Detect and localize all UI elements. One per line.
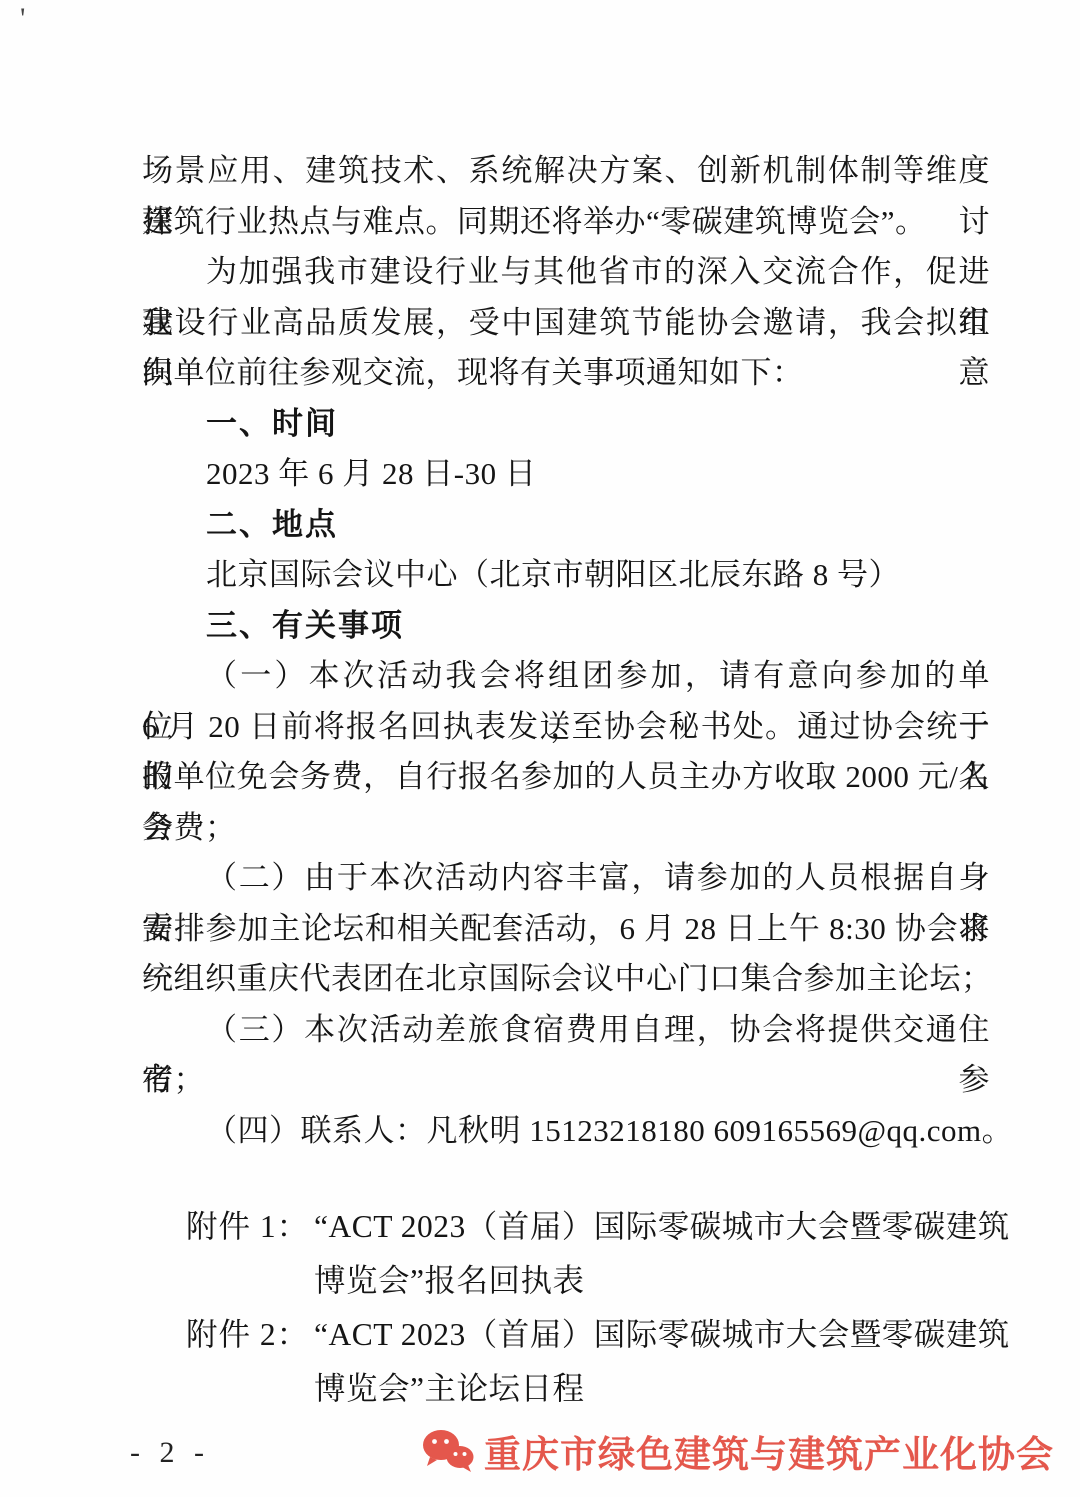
section-heading-place: 二、地点 — [142, 500, 990, 551]
attachment-2-title-line: 博览会”主论坛日程 — [314, 1362, 1016, 1416]
paragraph-line: 建设行业高品质发展，受中国建筑节能协会邀请，我会拟组织意 — [142, 298, 990, 349]
matters-item2-line: （二）由于本次活动内容丰富，请参加的人员根据自身需求 — [142, 853, 990, 904]
matters-item2-line: 安排参加主论坛和相关配套活动，6 月 28 日上午 8:30 协会将统 — [142, 904, 990, 955]
time-value: 2023 年 6 月 28 日-30 日 — [142, 449, 990, 500]
attachment-2-title-line: “ACT 2023（首届）国际零碳城市大会暨零碳建筑 — [314, 1308, 1016, 1362]
paragraph-line: 建筑行业热点与难点。同期还将举办“零碳建筑博览会”。 — [142, 197, 990, 248]
place-value: 北京国际会议中心（北京市朝阳区北辰东路 8 号） — [142, 550, 990, 601]
matters-item3-line: （三）本次活动差旅食宿费用自理，协会将提供交通住宿参 — [142, 1005, 990, 1056]
scan-artifact-mark: ' — [20, 2, 25, 36]
matters-item1-line: 的单位免会务费，自行报名参加的人员主办方收取 2000 元/人会 — [142, 752, 990, 803]
paragraph-line: 场景应用、建筑技术、系统解决方案、创新机制体制等维度探讨 — [142, 146, 990, 197]
page-number: - 2 - — [130, 1436, 210, 1470]
attachment-1: 附件 1： “ACT 2023（首届）国际零碳城市大会暨零碳建筑 博览会”报名回… — [186, 1200, 1016, 1308]
association-name: 重庆市绿色建筑与建筑产业化协会 — [484, 1424, 1054, 1478]
attachment-2: 附件 2： “ACT 2023（首届）国际零碳城市大会暨零碳建筑 博览会”主论坛… — [186, 1308, 1016, 1416]
scanned-document-page: ' 场景应用、建筑技术、系统解决方案、创新机制体制等维度探讨 建筑行业热点与难点… — [0, 0, 1080, 1497]
matters-item1-line: 6 月 20 日前将报名回执表发送至协会秘书处。通过协会统一报名 — [142, 702, 990, 753]
attachment-1-label: 附件 1： — [186, 1200, 314, 1254]
matters-item1-line: （一）本次活动我会将组团参加，请有意向参加的单位，于 — [142, 651, 990, 702]
association-watermark: 重庆市绿色建筑与建筑产业化协会 — [420, 1424, 1054, 1478]
attachment-2-label: 附件 2： — [186, 1308, 314, 1362]
matters-item2-line: 一组织重庆代表团在北京国际会议中心门口集合参加主论坛； — [142, 954, 990, 1005]
attachment-1-title-line: “ACT 2023（首届）国际零碳城市大会暨零碳建筑 — [314, 1200, 1016, 1254]
attachment-1-title-line: 博览会”报名回执表 — [314, 1254, 1016, 1308]
page-footer: - 2 - 重庆市绿色建筑与建筑产业化协会 — [0, 1424, 1080, 1494]
paragraph-line: 为加强我市建设行业与其他省市的深入交流合作，促进我市 — [142, 247, 990, 298]
section-heading-matters: 三、有关事项 — [142, 601, 990, 652]
wechat-icon — [420, 1427, 476, 1475]
matters-item4-contact-line: （四）联系人：凡秋明 15123218180 609165569@qq.com。 — [142, 1106, 990, 1157]
section-heading-time: 一、时间 — [142, 399, 990, 450]
document-body: 场景应用、建筑技术、系统解决方案、创新机制体制等维度探讨 建筑行业热点与难点。同… — [142, 146, 990, 1156]
matters-item1-line: 务费； — [142, 803, 990, 854]
attachments-block: 附件 1： “ACT 2023（首届）国际零碳城市大会暨零碳建筑 博览会”报名回… — [186, 1200, 1016, 1416]
